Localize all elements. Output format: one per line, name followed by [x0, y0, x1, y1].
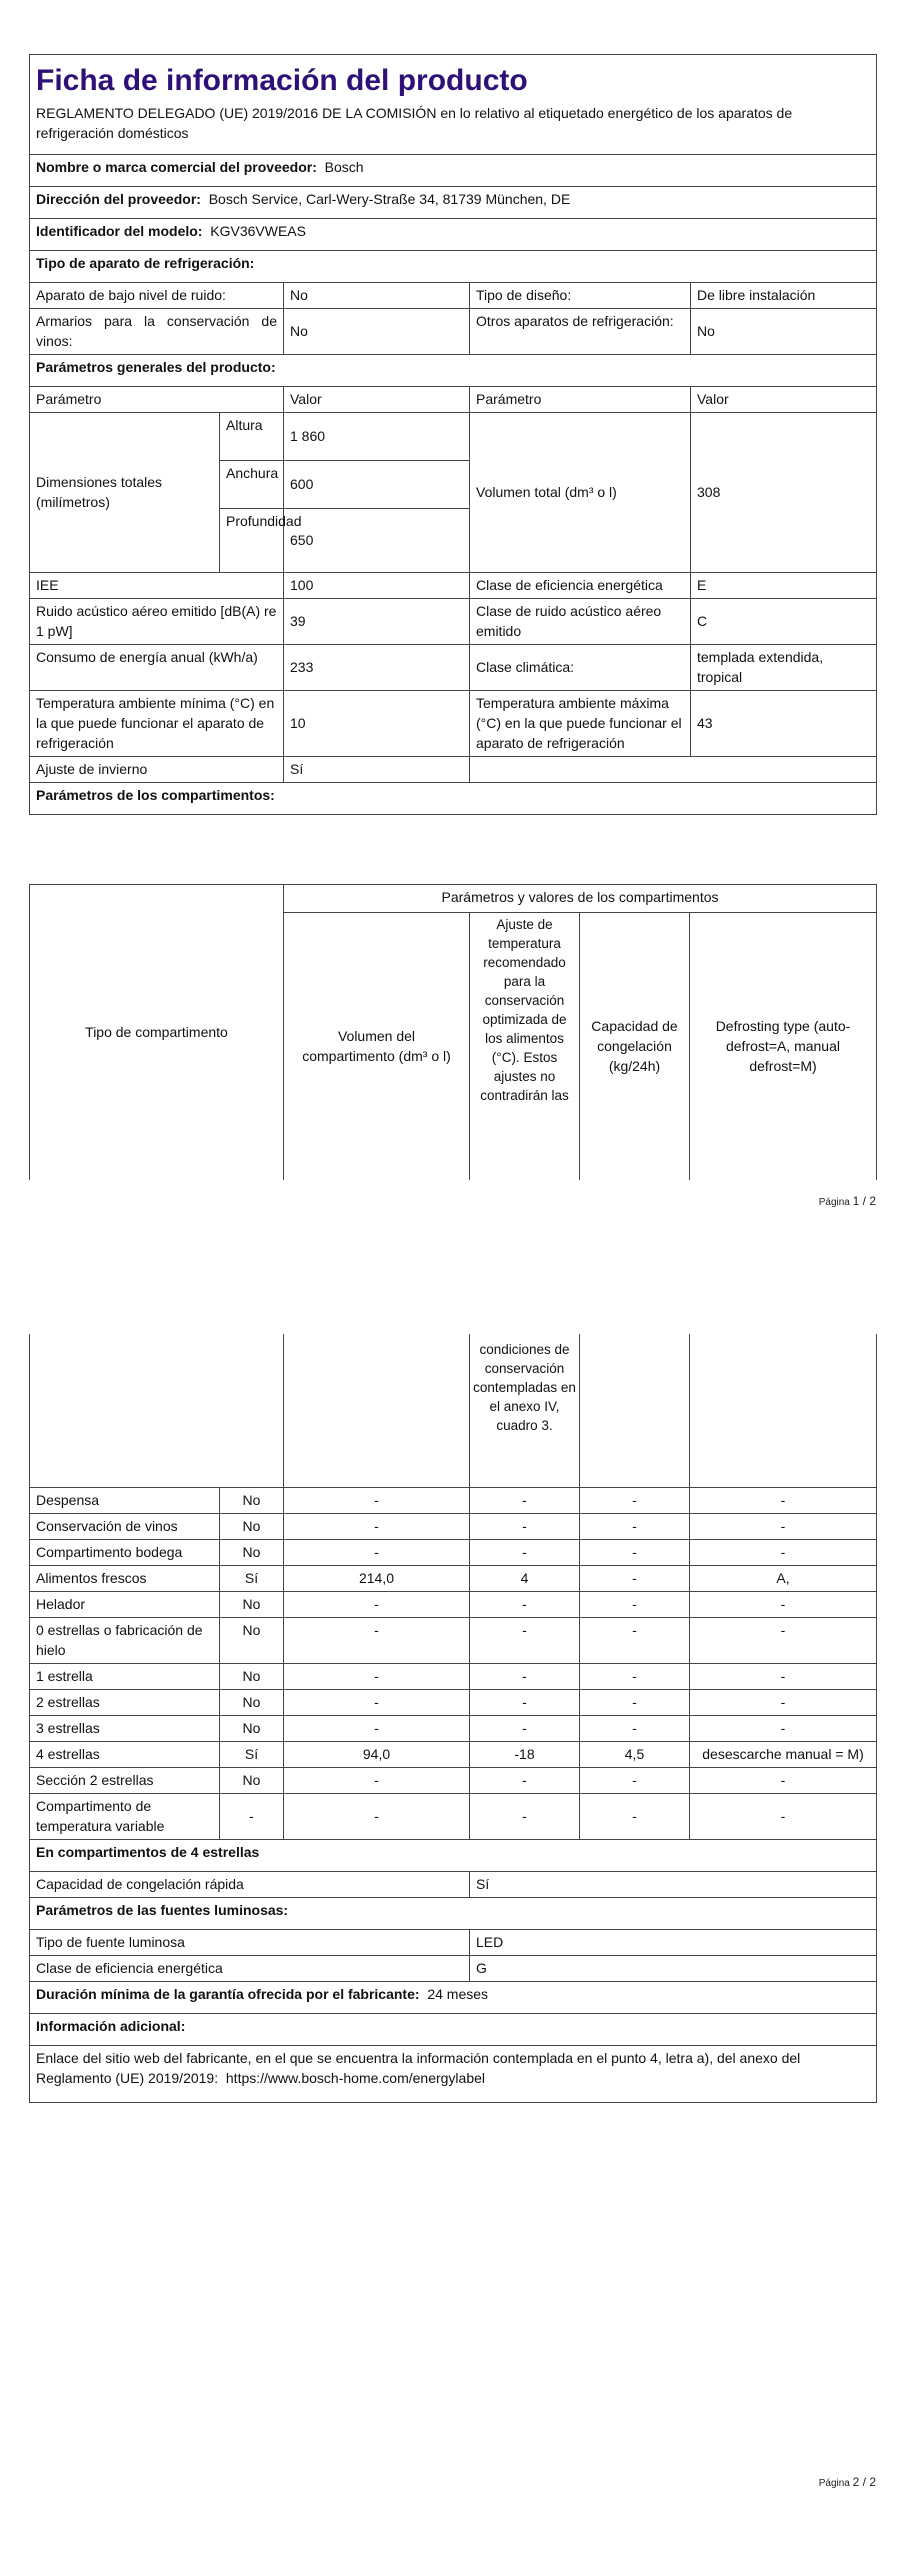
fast-freeze-value: Sí [470, 1872, 877, 1898]
compartment-name: 0 estrellas o fabricación de hielo [30, 1618, 220, 1664]
compartment-volume: - [284, 1690, 470, 1716]
page-footer-1: Página 1 / 2 [819, 1194, 876, 1208]
other-appliance-value: No [691, 309, 877, 355]
warranty-label: Duración mínima de la garantía ofrecida … [36, 1986, 420, 2002]
supplier-name-value: Bosch [325, 159, 364, 175]
compartment-row: Alimentos frescosSí214,04-A, [30, 1566, 877, 1592]
eei-value: 100 [284, 573, 470, 599]
compartment-name: Compartimento bodega [30, 1540, 220, 1566]
compartment-temp: - [470, 1690, 580, 1716]
page-number-2: 2 / 2 [853, 2475, 876, 2489]
compartment-volume: 214,0 [284, 1566, 470, 1592]
compartment-row: Compartimento de temperatura variable---… [30, 1794, 877, 1840]
compartment-volume: - [284, 1488, 470, 1514]
col-capacity-header: Capacidad de congelación (kg/24h) [580, 913, 690, 1181]
fast-freeze-label: Capacidad de congelación rápida [30, 1872, 470, 1898]
empty-cell [470, 757, 877, 783]
climate-class-value: templada extendida, tropical [691, 645, 877, 691]
compartment-row: DespensaNo---- [30, 1488, 877, 1514]
compartments-heading: Parámetros de los compartimentos: [30, 783, 877, 815]
col-temp-header-part1: Ajuste de temperatura recomendado para l… [470, 913, 580, 1181]
compartment-row: 1 estrellaNo---- [30, 1664, 877, 1690]
supplier-name-label: Nombre o marca comercial del proveedor: [36, 159, 317, 175]
compartment-present: No [220, 1618, 284, 1664]
compartment-present: No [220, 1540, 284, 1566]
compartment-defrost: - [690, 1716, 877, 1742]
compartment-temp: - [470, 1592, 580, 1618]
page-number-1: 1 / 2 [853, 1194, 876, 1208]
compartment-row: 2 estrellasNo---- [30, 1690, 877, 1716]
compartment-present: No [220, 1716, 284, 1742]
compartment-volume: - [284, 1618, 470, 1664]
compartment-capacity: - [580, 1794, 690, 1840]
total-volume-label: Volumen total (dm³ o l) [470, 413, 691, 573]
depth-label: Profundidad [220, 509, 284, 573]
low-noise-label: Aparato de bajo nivel de ruido: [30, 283, 284, 309]
noise-class-value: C [691, 599, 877, 645]
height-value: 1 860 [284, 413, 470, 461]
compartment-volume: - [284, 1540, 470, 1566]
compartment-present: No [220, 1514, 284, 1540]
compartment-defrost: - [690, 1540, 877, 1566]
compartment-present: No [220, 1488, 284, 1514]
page-1: Ficha de información del producto REGLAM… [0, 0, 905, 1230]
compartment-capacity: 4,5 [580, 1742, 690, 1768]
compartment-volume: - [284, 1768, 470, 1794]
model-id-label: Identificador del modelo: [36, 223, 202, 239]
max-temp-label: Temperatura ambiente máxima (°C) en la q… [470, 691, 691, 757]
compartment-temp: - [470, 1716, 580, 1742]
compartment-present: No [220, 1690, 284, 1716]
compartment-volume: - [284, 1716, 470, 1742]
compartment-name: Alimentos frescos [30, 1566, 220, 1592]
warranty-value: 24 meses [427, 1986, 488, 2002]
supplier-address-label: Dirección del proveedor: [36, 191, 201, 207]
compartment-name: 1 estrella [30, 1664, 220, 1690]
light-class-value: G [470, 1956, 877, 1982]
compartment-temp: - [470, 1664, 580, 1690]
design-type-label: Tipo de diseño: [470, 283, 691, 309]
min-temp-label: Temperatura ambiente mínima (°C) en la q… [30, 691, 284, 757]
compartment-row: Conservación de vinosNo---- [30, 1514, 877, 1540]
compartment-temp: - [470, 1768, 580, 1794]
compartment-volume: 94,0 [284, 1742, 470, 1768]
page-label-1: Página [819, 1197, 850, 1208]
col-capacity-header-cont [580, 1334, 690, 1488]
col-param-header-2: Parámetro [470, 387, 691, 413]
compartment-volume: - [284, 1592, 470, 1618]
compartment-name: Helador [30, 1592, 220, 1618]
compartment-type-header: Tipo de compartimento [30, 885, 284, 1181]
compartment-row: HeladorNo---- [30, 1592, 877, 1618]
compartment-row: Compartimento bodegaNo---- [30, 1540, 877, 1566]
compartment-present: Sí [220, 1566, 284, 1592]
compartment-name: Sección 2 estrellas [30, 1768, 220, 1794]
page-footer-2: Página 2 / 2 [819, 2475, 876, 2489]
noise-class-label: Clase de ruido acústico aéreo emitido [470, 599, 691, 645]
light-type-label: Tipo de fuente luminosa [30, 1930, 470, 1956]
compartment-present: - [220, 1794, 284, 1840]
wine-storage-label: Armarios para la conservación de vinos: [30, 309, 284, 355]
energy-class-label: Clase de eficiencia energética [470, 573, 691, 599]
compartment-name: 2 estrellas [30, 1690, 220, 1716]
depth-value: 650 [284, 509, 470, 573]
supplier-address-value: Bosch Service, Carl-Wery-Straße 34, 8173… [209, 191, 571, 207]
compartment-capacity: - [580, 1768, 690, 1794]
other-appliance-label: Otros aparatos de refrigeración: [470, 309, 691, 355]
energy-consumption-label: Consumo de energía anual (kWh/a) [30, 645, 284, 691]
col-volume-header-cont [284, 1334, 470, 1488]
energy-consumption-value: 233 [284, 645, 470, 691]
compartment-capacity: - [580, 1664, 690, 1690]
energylabel-link[interactable]: https://www.bosch-home.com/energylabel [226, 2070, 485, 2086]
compartment-defrost: - [690, 1794, 877, 1840]
regulation-text: REGLAMENTO DELEGADO (UE) 2019/2016 DE LA… [36, 103, 870, 151]
min-temp-value: 10 [284, 691, 470, 757]
compartment-temp: - [470, 1514, 580, 1540]
compartments-header-page-1: Tipo de compartimento Parámetros y valor… [29, 884, 877, 1180]
total-volume-value: 308 [691, 413, 877, 573]
energy-class-value: E [691, 573, 877, 599]
wine-storage-value: No [284, 309, 470, 355]
col-value-header: Valor [284, 387, 470, 413]
col-defrost-header: Defrosting type (auto-defrost=A, manual … [690, 913, 877, 1181]
compartment-defrost: A, [690, 1566, 877, 1592]
compartment-defrost: - [690, 1488, 877, 1514]
compartment-defrost: - [690, 1664, 877, 1690]
additional-info-heading: Información adicional: [30, 2014, 877, 2046]
four-star-heading: En compartimentos de 4 estrellas [30, 1840, 877, 1872]
light-sources-heading: Parámetros de las fuentes luminosas: [30, 1898, 877, 1930]
compartment-defrost: - [690, 1592, 877, 1618]
dimensions-label: Dimensiones totales (milímetros) [30, 413, 220, 573]
compartments-table-page-2: condiciones de conservación contempladas… [29, 1334, 877, 2103]
model-id-row: Identificador del modelo: KGV36VWEAS [30, 219, 877, 251]
compartment-volume: - [284, 1794, 470, 1840]
compartment-capacity: - [580, 1488, 690, 1514]
design-type-value: De libre instalación [691, 283, 877, 309]
model-id-value: KGV36VWEAS [210, 223, 306, 239]
compartment-present: Sí [220, 1742, 284, 1768]
compartment-temp: - [470, 1488, 580, 1514]
supplier-address-row: Dirección del proveedor: Bosch Service, … [30, 187, 877, 219]
col-temp-header-part2: condiciones de conservación contempladas… [470, 1334, 580, 1488]
page-2: condiciones de conservación contempladas… [0, 1230, 905, 2560]
climate-class-label: Clase climática: [470, 645, 691, 691]
additional-info-text-cell: Enlace del sitio web del fabricante, en … [30, 2046, 877, 2103]
compartment-name: 4 estrellas [30, 1742, 220, 1768]
compartment-capacity: - [580, 1618, 690, 1664]
winter-setting-value: Sí [284, 757, 470, 783]
compartment-capacity: - [580, 1540, 690, 1566]
light-type-value: LED [470, 1930, 877, 1956]
compartment-temp: - [470, 1540, 580, 1566]
compartment-capacity: - [580, 1716, 690, 1742]
compartment-temp: 4 [470, 1566, 580, 1592]
compartment-group-header: Parámetros y valores de los compartiment… [284, 885, 877, 913]
compartment-capacity: - [580, 1566, 690, 1592]
supplier-name-row: Nombre o marca comercial del proveedor: … [30, 155, 877, 187]
max-temp-value: 43 [691, 691, 877, 757]
appliance-type-heading: Tipo de aparato de refrigeración: [30, 251, 877, 283]
compartment-capacity: - [580, 1514, 690, 1540]
compartment-defrost: - [690, 1618, 877, 1664]
compartment-temp: -18 [470, 1742, 580, 1768]
compartment-row: 0 estrellas o fabricación de hieloNo---- [30, 1618, 877, 1664]
compartment-type-header-cont [30, 1334, 284, 1488]
warranty-row: Duración mínima de la garantía ofrecida … [30, 1982, 877, 2014]
compartment-defrost: - [690, 1690, 877, 1716]
general-params-heading: Parámetros generales del producto: [30, 355, 877, 387]
compartment-name: Conservación de vinos [30, 1514, 220, 1540]
noise-label: Ruido acústico aéreo emitido [dB(A) re 1… [30, 599, 284, 645]
col-defrost-header-cont [690, 1334, 877, 1488]
compartment-rows: DespensaNo----Conservación de vinosNo---… [30, 1488, 877, 1840]
col-volume-header: Volumen del compartimento (dm³ o l) [284, 913, 470, 1181]
compartment-volume: - [284, 1664, 470, 1690]
compartment-volume: - [284, 1514, 470, 1540]
compartment-row: 4 estrellasSí94,0-184,5desescarche manua… [30, 1742, 877, 1768]
light-class-label: Clase de eficiencia energética [30, 1956, 470, 1982]
height-label: Altura [220, 413, 284, 461]
compartment-capacity: - [580, 1690, 690, 1716]
eei-label: IEE [30, 573, 284, 599]
low-noise-value: No [284, 283, 470, 309]
noise-value: 39 [284, 599, 470, 645]
compartment-temp: - [470, 1618, 580, 1664]
width-label: Anchura [220, 461, 284, 509]
compartment-row: 3 estrellasNo---- [30, 1716, 877, 1742]
col-param-header: Parámetro [30, 387, 284, 413]
compartment-defrost: desescarche manual = M) [690, 1742, 877, 1768]
compartment-capacity: - [580, 1592, 690, 1618]
width-value: 600 [284, 461, 470, 509]
compartment-name: 3 estrellas [30, 1716, 220, 1742]
winter-setting-label: Ajuste de invierno [30, 757, 284, 783]
compartment-defrost: - [690, 1768, 877, 1794]
page-label-2: Página [819, 2478, 850, 2489]
col-value-header-2: Valor [691, 387, 877, 413]
compartment-present: No [220, 1592, 284, 1618]
compartment-present: No [220, 1664, 284, 1690]
compartment-temp: - [470, 1794, 580, 1840]
info-table-page-1: Ficha de información del producto REGLAM… [29, 54, 877, 815]
compartment-name: Despensa [30, 1488, 220, 1514]
compartment-name: Compartimento de temperatura variable [30, 1794, 220, 1840]
compartment-row: Sección 2 estrellasNo---- [30, 1768, 877, 1794]
page-title: Ficha de información del producto [36, 57, 870, 101]
compartment-present: No [220, 1768, 284, 1794]
compartment-defrost: - [690, 1514, 877, 1540]
